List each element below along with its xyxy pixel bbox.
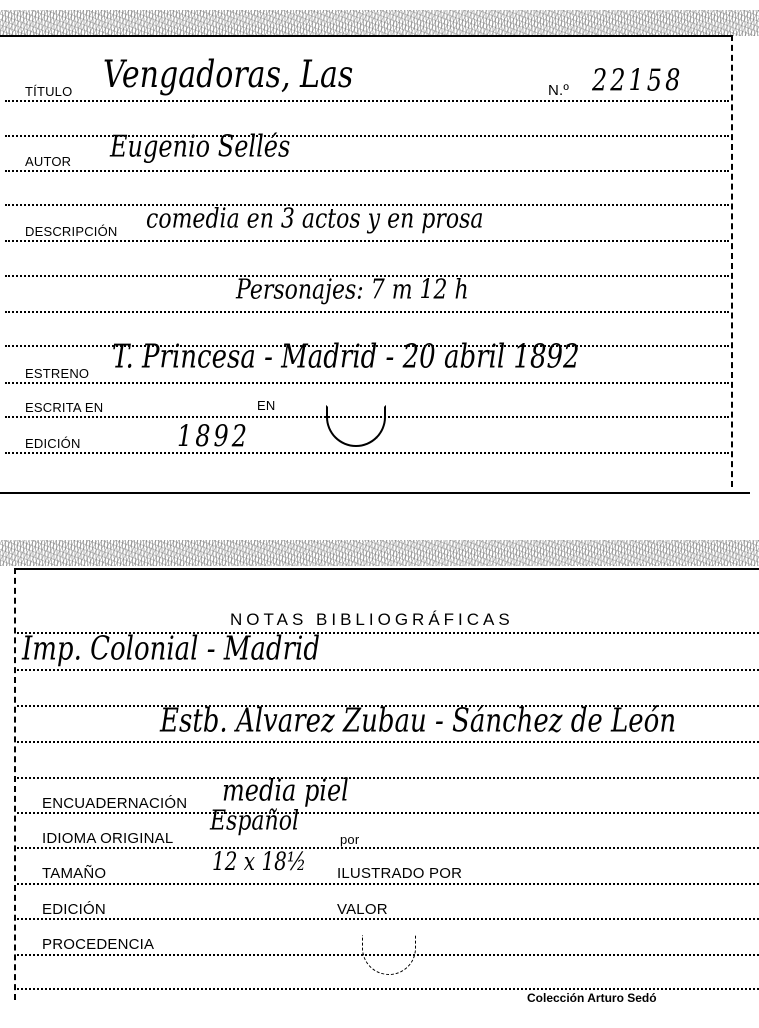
autor-value: Eugenio Sellés bbox=[110, 129, 290, 164]
encuadernacion-value: media piel bbox=[222, 773, 349, 808]
rule-personajes bbox=[5, 311, 729, 313]
titulo-value: Vengadoras, Las bbox=[103, 53, 353, 97]
edicion-label: EDICIÓN bbox=[25, 436, 81, 451]
idioma-original-value: Español bbox=[210, 806, 299, 837]
numero-value: 22158 bbox=[592, 63, 683, 98]
rule bbox=[17, 988, 759, 990]
descripcion-label: DESCRIPCIÓN bbox=[25, 224, 118, 239]
descripcion-value: comedia en 3 actos y en prosa bbox=[146, 204, 484, 235]
scan-noise-bottom bbox=[0, 540, 759, 566]
rule-encuadernacion bbox=[17, 812, 759, 814]
scan-noise-top bbox=[0, 10, 759, 36]
note-2: Estb. Alvarez Zubau - Sánchez de León bbox=[160, 703, 676, 741]
rule-edicion bbox=[5, 452, 729, 454]
escrita-en-en-label: EN bbox=[257, 398, 275, 413]
por-label: por bbox=[340, 832, 359, 847]
card-divider bbox=[0, 492, 750, 494]
tamano-label: TAMAÑO bbox=[42, 865, 106, 882]
idioma-original-label: IDIOMA ORIGINAL bbox=[42, 830, 173, 847]
rule-note-1 bbox=[17, 669, 759, 671]
valor-label: VALOR bbox=[337, 901, 388, 918]
collection-footer: Colección Arturo Sedó bbox=[527, 991, 657, 1005]
rule-estreno bbox=[5, 382, 729, 384]
rule-note-2 bbox=[17, 741, 759, 743]
rule-tamano bbox=[17, 883, 759, 885]
ilustrado-por-label: ILUSTRADO POR bbox=[337, 865, 462, 882]
escrita-en-label: ESCRITA EN bbox=[25, 400, 103, 415]
rule-descripcion bbox=[5, 240, 729, 242]
edicion-value: 1892 bbox=[177, 419, 250, 454]
encuadernacion-label: ENCUADERNACIÓN bbox=[42, 795, 187, 812]
estreno-label: ESTRENO bbox=[25, 366, 89, 381]
note-1: Imp. Colonial - Madrid bbox=[22, 631, 320, 669]
rule-edicion-2 bbox=[17, 918, 759, 920]
rule-idioma bbox=[17, 847, 759, 849]
edicion-2-label: EDICIÓN bbox=[42, 901, 106, 918]
rule-titulo bbox=[5, 100, 729, 102]
autor-label: AUTOR bbox=[25, 154, 71, 169]
rule bbox=[17, 777, 759, 779]
procedencia-label: PROCEDENCIA bbox=[42, 936, 154, 953]
rule-autor bbox=[5, 170, 729, 172]
titulo-label: TÍTULO bbox=[25, 84, 72, 99]
estreno-value: T. Princesa - Madrid - 20 abril 1892 bbox=[112, 339, 580, 377]
personajes-value: Personajes: 7 m 12 h bbox=[236, 275, 469, 306]
tamano-value: 12 x 18½ bbox=[212, 846, 306, 876]
numero-label: N.º bbox=[548, 82, 569, 99]
notas-bibliograficas-title: NOTAS BIBLIOGRÁFICAS bbox=[230, 610, 514, 630]
